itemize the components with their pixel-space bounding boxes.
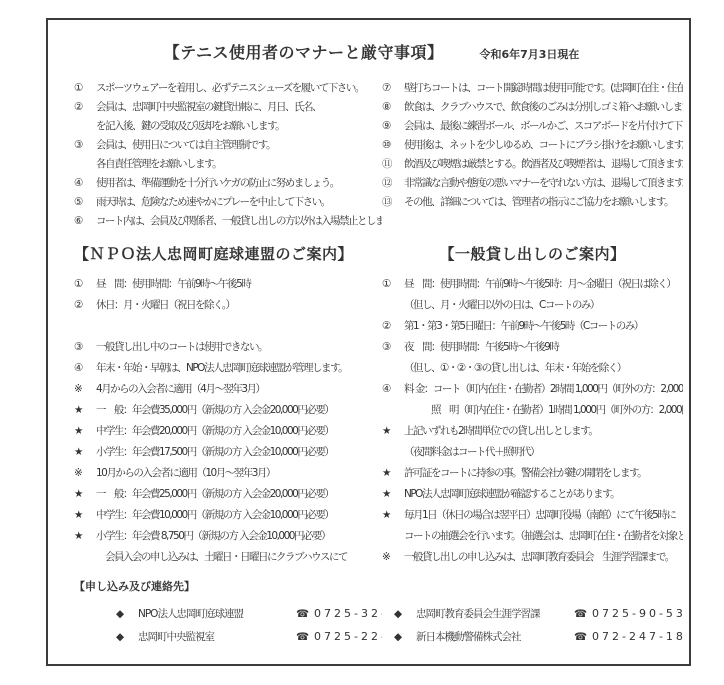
line-marker: ★: [74, 526, 96, 547]
line-text: 飲食は、クラブハウスで、飲食後のごみは分別しゴミ箱へお願いします。: [404, 98, 683, 117]
line-text: 一 般：年会費25,000円（新規の方 入会金20,000円必要）: [96, 484, 382, 505]
line-marker: ①: [74, 274, 96, 295]
line-marker: ⑧: [382, 98, 404, 117]
rule-line: ① スポーツウェアーを着用し、必ずテニスシューズを履いて下さい。: [74, 79, 382, 98]
rule-line: ⑨ 会員は、最後に練習ボール、ボールかご、スコアボードを片付けて下さい。: [382, 117, 683, 136]
npo-section-heading: 【ＮＰＯ法人忠岡町庭球連盟のご案内】: [74, 243, 382, 264]
info-line: ★ 小学生：年会費17,500円（新規の方 入会金10,000円必要）: [74, 442, 382, 463]
line-marker: ④: [382, 379, 404, 400]
phone-icon: ☎: [296, 626, 314, 648]
info-line: ② 休日：月・火曜日（祝日を除く。）: [74, 295, 382, 316]
date-stamp: 令和6年7月3日現在: [479, 46, 579, 62]
line-text: （但し、月・火曜日以外の日は、Cコートのみ）: [404, 295, 683, 316]
rule-line: ⑥ コート内は、会員及び関係者、一般貸し出しの方以外は入場禁止とします。: [74, 212, 382, 231]
line-text: 上記いずれも2時間単位での貸し出しとします。: [404, 421, 683, 442]
info-line: ④ 料 金：コート（町内在住・在勤者）2時間 1,000円（町外の方：2,000…: [382, 379, 683, 400]
line-text: 使用後は、ネットを少しゆるめ、コートにブラシ掛けをお願いします。: [404, 136, 683, 155]
line-text: （但し、①・②・③の貸し出しは、年末・年始を除く）: [404, 358, 683, 379]
line-text: 会員は、最後に練習ボール、ボールかご、スコアボードを片付けて下さい。: [404, 117, 683, 136]
line-text: 一 般：年会費35,000円（新規の方 入会金20,000円必要）: [96, 400, 382, 421]
line-marker: ★: [382, 484, 404, 505]
line-text: 非常識な言動や態度の悪いマナーを守れない方は、退場して頂きます。: [404, 174, 683, 193]
info-line: ★ 一 般：年会費35,000円（新規の方 入会金20,000円必要）: [74, 400, 382, 421]
info-line: ① 昼 間：使用時間：午前9時～午後5時: [74, 274, 382, 295]
line-text: スポーツウェアーを着用し、必ずテニスシューズを履いて下さい。: [96, 79, 382, 98]
rule-line: ⑩ 使用後は、ネットを少しゆるめ、コートにブラシ掛けをお願いします。: [382, 136, 683, 155]
rule-line: ② 会員は、忠岡町中央監視室の鍵貸出帳に、月日、氏名、: [74, 98, 382, 117]
info-line: 照 明（町内在住・在勤者）1時間 1,000円（町外の方：2,000円）: [382, 400, 683, 421]
line-text: 第1・第3・第5日曜日：午前9時～午後5時（Cコートのみ）: [404, 316, 683, 337]
line-marker: ⑩: [382, 136, 404, 155]
info-line: ★ 許可証をコートに持参の事。警備会社が鍵の開閉をします。: [382, 463, 683, 484]
phone-number: 0725-22-1122: [314, 625, 382, 648]
line-marker: ③: [74, 337, 96, 358]
info-line: ※ 4月からの入会者に適用（4月～翌年3月）: [74, 379, 382, 400]
line-text: 一般貸し出し中のコートは使用できない。: [96, 337, 382, 358]
info-line: ① 昼 間：使用時間：午前9時～午後5時：月～金曜日（祝日は除く）: [382, 274, 683, 295]
line-marker: ⑬: [382, 193, 404, 212]
line-marker: ★: [74, 505, 96, 526]
line-text: 会員は、忠岡町中央監視室の鍵貸出帳に、月日、氏名、: [96, 98, 382, 117]
info-line: コートの抽選会を行います。（抽選会は、忠岡町在住・在勤者を対象とします。）: [382, 526, 683, 547]
line-marker: ★: [74, 421, 96, 442]
line-text: 中学生：年会費10,000円（新規の方 入会金10,000円必要）: [96, 505, 382, 526]
rule-line: ⑫ 非常識な言動や態度の悪いマナーを守れない方は、退場して頂きます。: [382, 174, 683, 193]
line-marker: ★: [74, 400, 96, 421]
contacts-columns: ◆ NPO法人忠岡町庭球連盟 ☎ 0725-32-6466 ◆ 忠岡町中央監視室…: [74, 602, 683, 648]
diamond-bullet-icon: ◆: [116, 603, 138, 625]
line-marker: ②: [74, 295, 96, 316]
line-marker: ★: [74, 442, 96, 463]
diamond-bullet-icon: ◆: [394, 603, 416, 625]
line-text: 一般貸し出しの申し込みは、忠岡町教育委員会 生涯学習課まで。: [404, 547, 683, 568]
info-line: （但し、①・②・③の貸し出しは、年末・年始を除く）: [382, 358, 683, 379]
rule-line: ⑤ 雨天時は、危険なため速やかにプレーを中止して下さい。: [74, 193, 382, 212]
rules-right-column: ⑦ 壁打ちコートは、コート開錠時間は使用可能です。(忠岡町在住・住在勤者) ⑧ …: [382, 79, 683, 231]
info-line: （夜間料金はコート代＋照明代）: [382, 442, 683, 463]
line-text: 小学生：年会費17,500円（新規の方 入会金10,000円必要）: [96, 442, 382, 463]
title-row: 【テニス使用者のマナーと厳守事項】 令和6年7月3日現在: [60, 40, 683, 63]
line-text: 10月からの入会者に適用（10月～翌年3月）: [96, 463, 382, 484]
info-line: ※ 10月からの入会者に適用（10月～翌年3月）: [74, 463, 382, 484]
line-marker: ⑨: [382, 117, 404, 136]
line-marker: ③: [74, 136, 96, 155]
section-headings-row: 【ＮＰＯ法人忠岡町庭球連盟のご案内】 【一般貸し出しのご案内】: [60, 243, 683, 264]
rule-line: ⑬ その他、詳細については、管理者の指示にご協力をお願いします。: [382, 193, 683, 212]
line-marker: ※: [74, 379, 96, 400]
rule-line: ③ 会員は、使用日については自主管理制です。: [74, 136, 382, 155]
line-text: 料 金：コート（町内在住・在勤者）2時間 1,000円（町外の方：2,000円）: [404, 379, 683, 400]
line-text: 照 明（町内在住・在勤者）1時間 1,000円（町外の方：2,000円）: [404, 400, 683, 421]
info-line: ② 第1・第3・第5日曜日：午前9時～午後5時（Cコートのみ）: [382, 316, 683, 337]
rule-line: ④ 使用者は、準備運動を十分行いケガの防止に努めましょう。: [74, 174, 382, 193]
contacts-left-column: ◆ NPO法人忠岡町庭球連盟 ☎ 0725-32-6466 ◆ 忠岡町中央監視室…: [74, 602, 382, 648]
info-line: ★ 小学生：年会費 8,750円（新規の方 入会金10,000円必要）: [74, 526, 382, 547]
line-marker: ⑪: [382, 155, 404, 174]
line-text: 壁打ちコートは、コート開錠時間は使用可能です。(忠岡町在住・住在勤者): [404, 79, 683, 98]
info-line: ★ 上記いずれも2時間単位での貸し出しとします。: [382, 421, 683, 442]
line-marker: ★: [382, 505, 404, 526]
rules-left-column: ① スポーツウェアーを着用し、必ずテニスシューズを履いて下さい。 ② 会員は、忠…: [74, 79, 382, 231]
rule-line: ⑧ 飲食は、クラブハウスで、飲食後のごみは分別しゴミ箱へお願いします。: [382, 98, 683, 117]
contacts-section: 【申し込み及び連絡先】 ◆ NPO法人忠岡町庭球連盟 ☎ 0725-32-646…: [60, 578, 683, 648]
line-text: 休日：月・火曜日（祝日を除く。）: [96, 295, 382, 316]
line-text: 毎月1日（休日の場合は翌平日）忠岡町役場（南館）にて午後5時に: [404, 505, 683, 526]
line-text: 会員は、使用日については自主管理制です。: [96, 136, 382, 155]
rule-line: ⑦ 壁打ちコートは、コート開錠時間は使用可能です。(忠岡町在住・住在勤者): [382, 79, 683, 98]
line-text: NPO法人忠岡町庭球連盟が確認することがあります。: [404, 484, 683, 505]
line-text: 雨天時は、危険なため速やかにプレーを中止して下さい。: [96, 193, 382, 212]
document-sheet: 【テニス使用者のマナーと厳守事項】 令和6年7月3日現在 ① スポーツウェアーを…: [46, 18, 691, 666]
line-marker: ⑦: [382, 79, 404, 98]
line-text: 使用者は、準備運動を十分行いケガの防止に努めましょう。: [96, 174, 382, 193]
line-marker: ※: [74, 463, 96, 484]
line-text: 各自責任管理をお願いします。: [96, 155, 382, 174]
line-marker: ①: [74, 79, 96, 98]
line-text: コート内は、会員及び関係者、一般貸し出しの方以外は入場禁止とします。: [96, 212, 382, 231]
contact-row: ◆ 忠岡町中央監視室 ☎ 0725-22-1122: [116, 625, 382, 648]
info-line: ※ 一般貸し出しの申し込みは、忠岡町教育委員会 生涯学習課まで。: [382, 547, 683, 568]
line-marker: ③: [382, 337, 404, 358]
line-marker: ※: [382, 547, 404, 568]
contact-name: 忠岡町教育委員会生涯学習課: [416, 603, 574, 625]
rule-line: 各自責任管理をお願いします。: [74, 155, 382, 174]
contact-name: 新日本機動警備株式会社: [416, 626, 574, 648]
line-text: 小学生：年会費 8,750円（新規の方 入会金10,000円必要）: [96, 526, 382, 547]
phone-icon: ☎: [296, 603, 314, 625]
info-line: ③ 夜 間：使用時間：午後5時～午後9時: [382, 337, 683, 358]
phone-number: 0725-32-6466: [314, 602, 382, 625]
phone-number: 072-247-1828: [592, 625, 683, 648]
info-line: ④ 年末・年始・早朝は、NPO法人忠岡町庭球連盟が管理します。: [74, 358, 382, 379]
line-text: 許可証をコートに持参の事。警備会社が鍵の開閉をします。: [404, 463, 683, 484]
contact-name: NPO法人忠岡町庭球連盟: [138, 603, 296, 625]
line-text: その他、詳細については、管理者の指示にご協力をお願いします。: [404, 193, 683, 212]
rental-section-body: ① 昼 間：使用時間：午前9時～午後5時：月～金曜日（祝日は除く） （但し、月・…: [382, 274, 683, 568]
line-marker: ⑤: [74, 193, 96, 212]
contacts-heading: 【申し込み及び連絡先】: [74, 578, 683, 594]
contacts-right-column: ◆ 忠岡町教育委員会生涯学習課 ☎ 0725-90-5300 ◆ 新日本機動警備…: [382, 602, 683, 648]
contact-row: ◆ NPO法人忠岡町庭球連盟 ☎ 0725-32-6466: [116, 602, 382, 625]
diamond-bullet-icon: ◆: [394, 626, 416, 648]
phone-number: 0725-90-5300: [592, 602, 683, 625]
line-text: コートの抽選会を行います。（抽選会は、忠岡町在住・在勤者を対象とします。）: [404, 526, 683, 547]
diamond-bullet-icon: ◆: [116, 626, 138, 648]
line-marker: ★: [382, 421, 404, 442]
info-section: ① 昼 間：使用時間：午前9時～午後5時 ② 休日：月・火曜日（祝日を除く。） …: [60, 274, 683, 568]
line-marker: ②: [382, 316, 404, 337]
page-title: 【テニス使用者のマナーと厳守事項】: [164, 40, 444, 63]
line-text: 年末・年始・早朝は、NPO法人忠岡町庭球連盟が管理します。: [96, 358, 382, 379]
info-line: （但し、月・火曜日以外の日は、Cコートのみ）: [382, 295, 683, 316]
info-line: 会員入会の申し込みは、土曜日・日曜日にクラブハウスにて: [74, 547, 382, 568]
info-line: ★ 毎月1日（休日の場合は翌平日）忠岡町役場（南館）にて午後5時に: [382, 505, 683, 526]
info-line: ★ 中学生：年会費20,000円（新規の方 入会金10,000円必要）: [74, 421, 382, 442]
rules-section: ① スポーツウェアーを着用し、必ずテニスシューズを履いて下さい。 ② 会員は、忠…: [60, 79, 683, 231]
phone-icon: ☎: [574, 626, 592, 648]
line-marker: ④: [74, 358, 96, 379]
line-text: 飲酒及び喫煙は厳禁とする。飲酒者及び喫煙者は、退場して頂きます。: [404, 155, 683, 174]
contact-row: ◆ 新日本機動警備株式会社 ☎ 072-247-1828: [394, 625, 683, 648]
line-marker: ①: [382, 274, 404, 295]
info-line: [74, 316, 382, 337]
contact-row: ◆ 忠岡町教育委員会生涯学習課 ☎ 0725-90-5300: [394, 602, 683, 625]
line-marker: ④: [74, 174, 96, 193]
rental-section-heading: 【一般貸し出しのご案内】: [382, 243, 683, 264]
info-line: ★ 中学生：年会費10,000円（新規の方 入会金10,000円必要）: [74, 505, 382, 526]
info-line: ③ 一般貸し出し中のコートは使用できない。: [74, 337, 382, 358]
line-text: 昼 間：使用時間：午前9時～午後5時: [96, 274, 382, 295]
line-text: 4月からの入会者に適用（4月～翌年3月）: [96, 379, 382, 400]
line-text: を記入後、鍵の受取及び返却をお願いします。: [96, 117, 382, 136]
line-text: 会員入会の申し込みは、土曜日・日曜日にクラブハウスにて: [96, 547, 382, 568]
rule-line: ⑪ 飲酒及び喫煙は厳禁とする。飲酒者及び喫煙者は、退場して頂きます。: [382, 155, 683, 174]
npo-section-body: ① 昼 間：使用時間：午前9時～午後5時 ② 休日：月・火曜日（祝日を除く。） …: [74, 274, 382, 568]
rule-line: を記入後、鍵の受取及び返却をお願いします。: [74, 117, 382, 136]
line-marker: ⑥: [74, 212, 96, 231]
phone-icon: ☎: [574, 603, 592, 625]
line-text: 昼 間：使用時間：午前9時～午後5時：月～金曜日（祝日は除く）: [404, 274, 683, 295]
contact-name: 忠岡町中央監視室: [138, 626, 296, 648]
line-marker: ★: [382, 463, 404, 484]
info-line: ★ 一 般：年会費25,000円（新規の方 入会金20,000円必要）: [74, 484, 382, 505]
line-marker: ②: [74, 98, 96, 117]
line-text: 夜 間：使用時間：午後5時～午後9時: [404, 337, 683, 358]
line-marker: ⑫: [382, 174, 404, 193]
info-line: ★ NPO法人忠岡町庭球連盟が確認することがあります。: [382, 484, 683, 505]
line-text: （夜間料金はコート代＋照明代）: [404, 442, 683, 463]
line-marker: ★: [74, 484, 96, 505]
line-text: 中学生：年会費20,000円（新規の方 入会金10,000円必要）: [96, 421, 382, 442]
